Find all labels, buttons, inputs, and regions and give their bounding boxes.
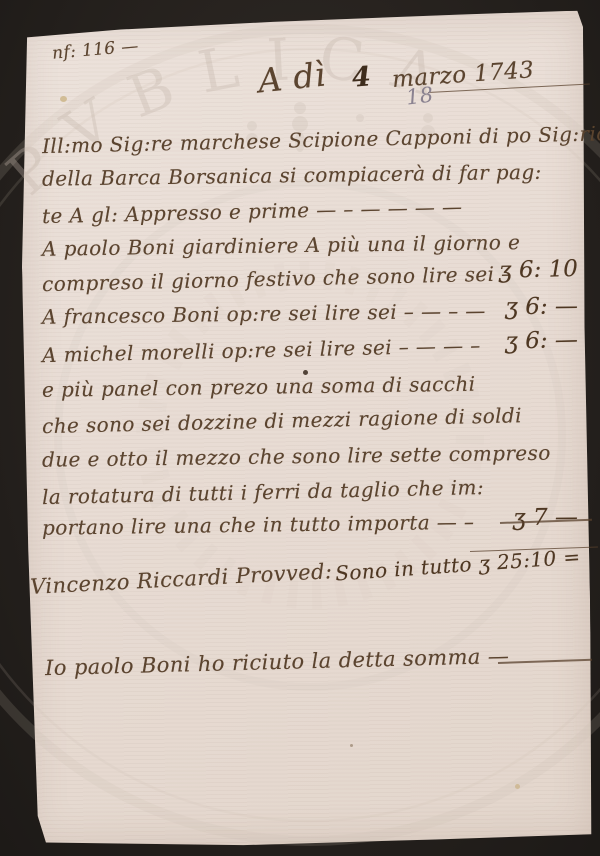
watermark-ornament-cluster: [246, 102, 435, 152]
photograph-dark-background: PVBLICA nf: 116 — A dì 4 marzo 1743 18 I…: [0, 0, 600, 856]
publica-watermark-seal: PVBLICA: [0, 0, 600, 856]
watermark-arc-text: PVBLICA: [0, 24, 470, 209]
